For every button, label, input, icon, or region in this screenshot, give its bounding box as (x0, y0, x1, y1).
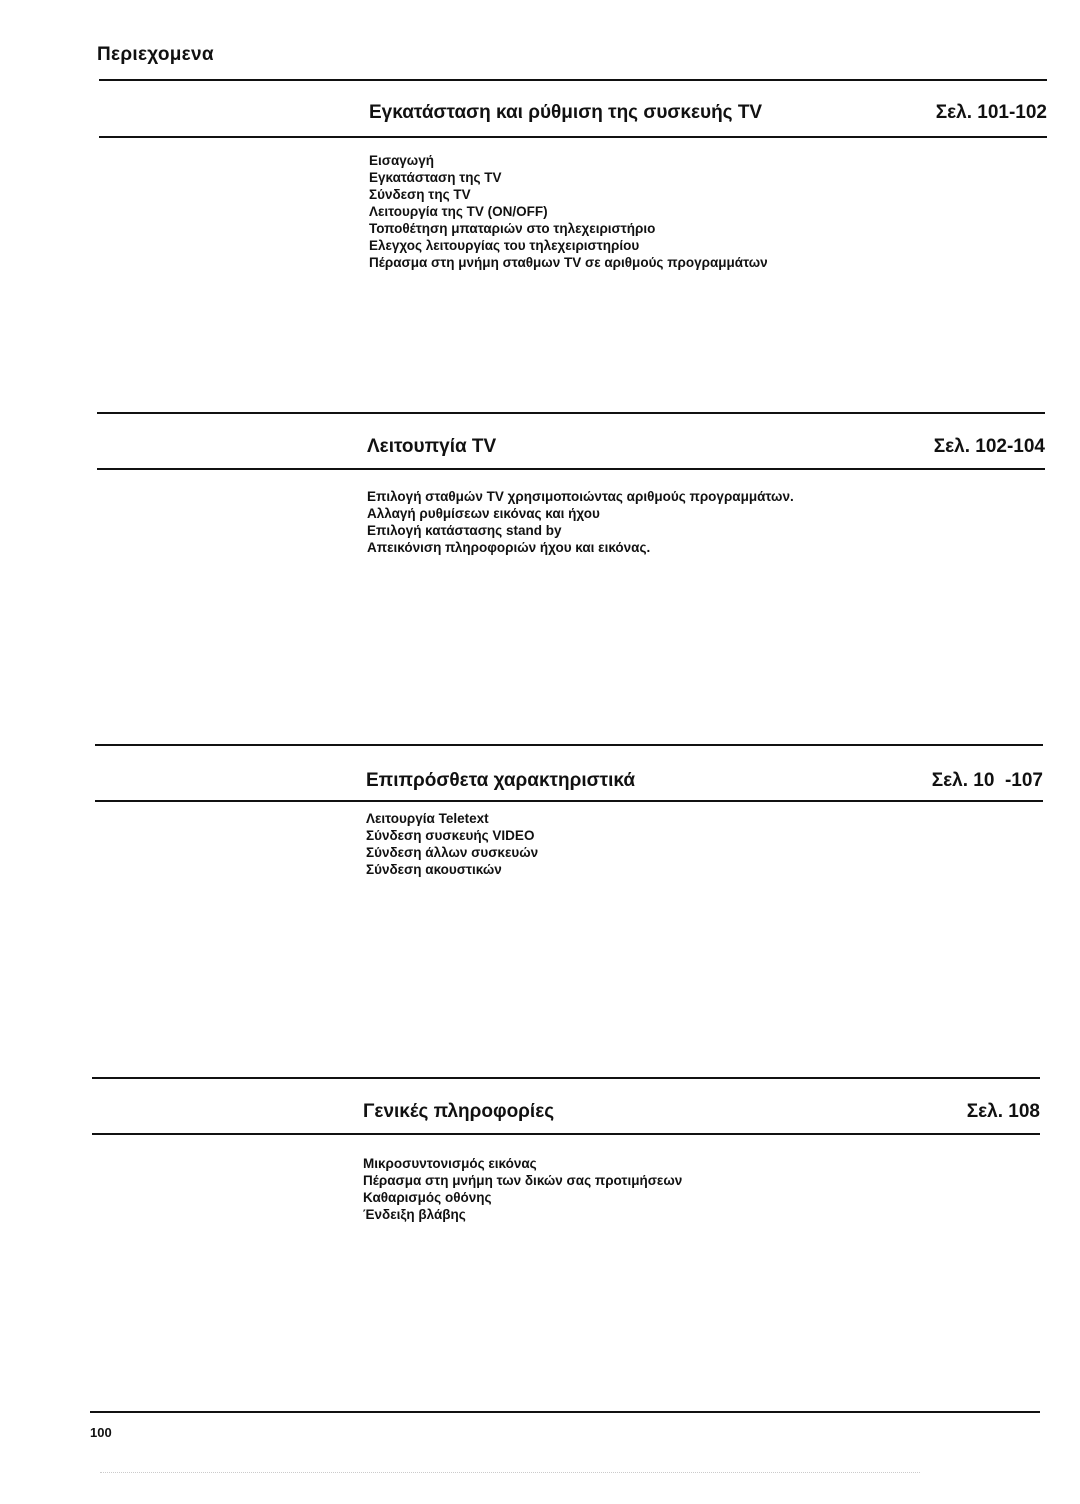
section-page-range: Σελ. 101-102 (936, 102, 1047, 124)
section-top-rule (95, 744, 1043, 746)
section-page-range: Σελ. 10 -107 (932, 770, 1043, 792)
list-item: Επιλογή κατάστασης stand by (367, 522, 794, 539)
scan-artifact (100, 1472, 920, 1474)
list-item: Εισαγωγή (369, 152, 768, 169)
section-top-rule (99, 79, 1047, 81)
section-top-rule (97, 412, 1045, 414)
footer-rule (90, 1411, 1040, 1413)
section-page-range: Σελ. 108 (967, 1101, 1040, 1123)
section-item-list: Επιλογή σταθμών TV χρησιμοποιώντας αριθμ… (367, 488, 794, 556)
section-title: Εγκατάσταση και ρύθμιση της συσκευής TV (369, 102, 762, 124)
list-item: Απεικόνιση πληροφοριών ήχου και εικόνας. (367, 539, 794, 556)
section-top-rule (92, 1077, 1040, 1079)
list-item: Καθαρισμός οθόνης (363, 1189, 682, 1206)
section-bottom-rule (92, 1133, 1040, 1135)
list-item: Σύνδεση ακουστικών (366, 861, 538, 878)
list-item: Τοποθέτηση μπαταριών στο τηλεχειριστήριο (369, 220, 768, 237)
list-item: Λειτουργία της TV (ON/OFF) (369, 203, 768, 220)
list-item: Σύνδεση της TV (369, 186, 768, 203)
section-item-list: Εισαγωγή Εγκατάσταση της TV Σύνδεση της … (369, 152, 768, 271)
section-item-list: Μικροσυντονισμός εικόνας Πέρασμα στη μνή… (363, 1155, 682, 1223)
section-bottom-rule (95, 800, 1043, 802)
page-title: Περιεχομενα (97, 44, 214, 66)
page-number: 100 (90, 1425, 112, 1440)
section-title: Λειτουπγία TV (367, 436, 496, 458)
list-item: Αλλαγή ρυθμίσεων εικόνας και ήχου (367, 505, 794, 522)
list-item: Σύνδεση άλλων συσκευών (366, 844, 538, 861)
section-bottom-rule (97, 468, 1045, 470)
list-item: Μικροσυντονισμός εικόνας (363, 1155, 682, 1172)
section-item-list: Λειτουργία Teletext Σύνδεση συσκευής VID… (366, 810, 538, 878)
section-page-range: Σελ. 102-104 (934, 436, 1045, 458)
list-item: Πέρασμα στη μνήμη των δικών σας προτιμήσ… (363, 1172, 682, 1189)
list-item: Ελεγχος λειτουργίας του τηλεχειριστηρίου (369, 237, 768, 254)
list-item: Λειτουργία Teletext (366, 810, 538, 827)
list-item: Ένδειξη βλάβης (363, 1206, 682, 1223)
section-bottom-rule (99, 136, 1047, 138)
section-title: Επιπρόσθετα χαρακτηριστικά (366, 770, 635, 792)
list-item: Σύνδεση συσκευής VIDEO (366, 827, 538, 844)
list-item: Εγκατάσταση της TV (369, 169, 768, 186)
section-title: Γενικές πληροφορίες (363, 1101, 554, 1123)
list-item: Επιλογή σταθμών TV χρησιμοποιώντας αριθμ… (367, 488, 794, 505)
list-item: Πέρασμα στη μνήμη σταθμων TV σε αριθμούς… (369, 254, 768, 271)
